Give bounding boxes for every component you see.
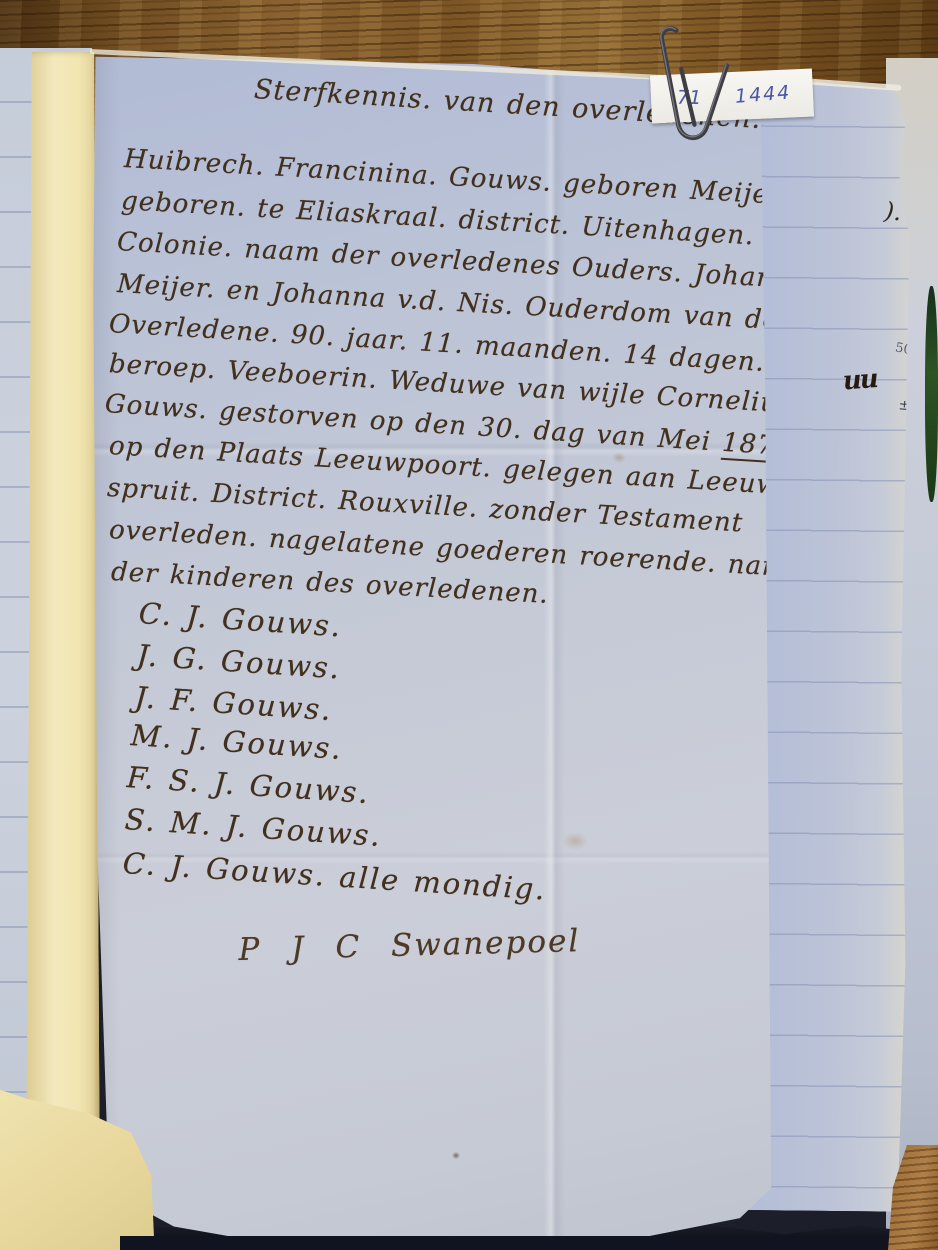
photograph-of-death-notice: ). uu 50 ± Sterfkennis. van den overlede… (0, 0, 938, 1250)
child-name-line: F. S. J. Gouws. (126, 760, 371, 810)
green-object-edge (925, 286, 938, 502)
child-name-line: J. G. Gouws. (136, 638, 342, 685)
child-name-line: C. J. Gouws. (138, 596, 343, 643)
paper-stain (562, 832, 588, 850)
ink-bracket-mark: ). (883, 197, 903, 227)
paperclip-icon (639, 16, 739, 166)
ink-squiggle-mark: uu (842, 364, 878, 397)
death-notice-page: Sterfkennis. van den overledenen. Huibre… (92, 52, 774, 1248)
child-name-line: S. M. J. Gouws. (124, 802, 383, 853)
cream-binding-strip (26, 52, 100, 1250)
ink-speck (452, 1152, 460, 1159)
deep-bottom-shadow (120, 1236, 880, 1250)
paper-stain (612, 452, 626, 463)
label-number-right: 1444 (734, 81, 792, 107)
child-name-line: C. J. Gouws. alle mondig. (122, 846, 548, 907)
signature: P J C Swanepoel (238, 923, 581, 968)
